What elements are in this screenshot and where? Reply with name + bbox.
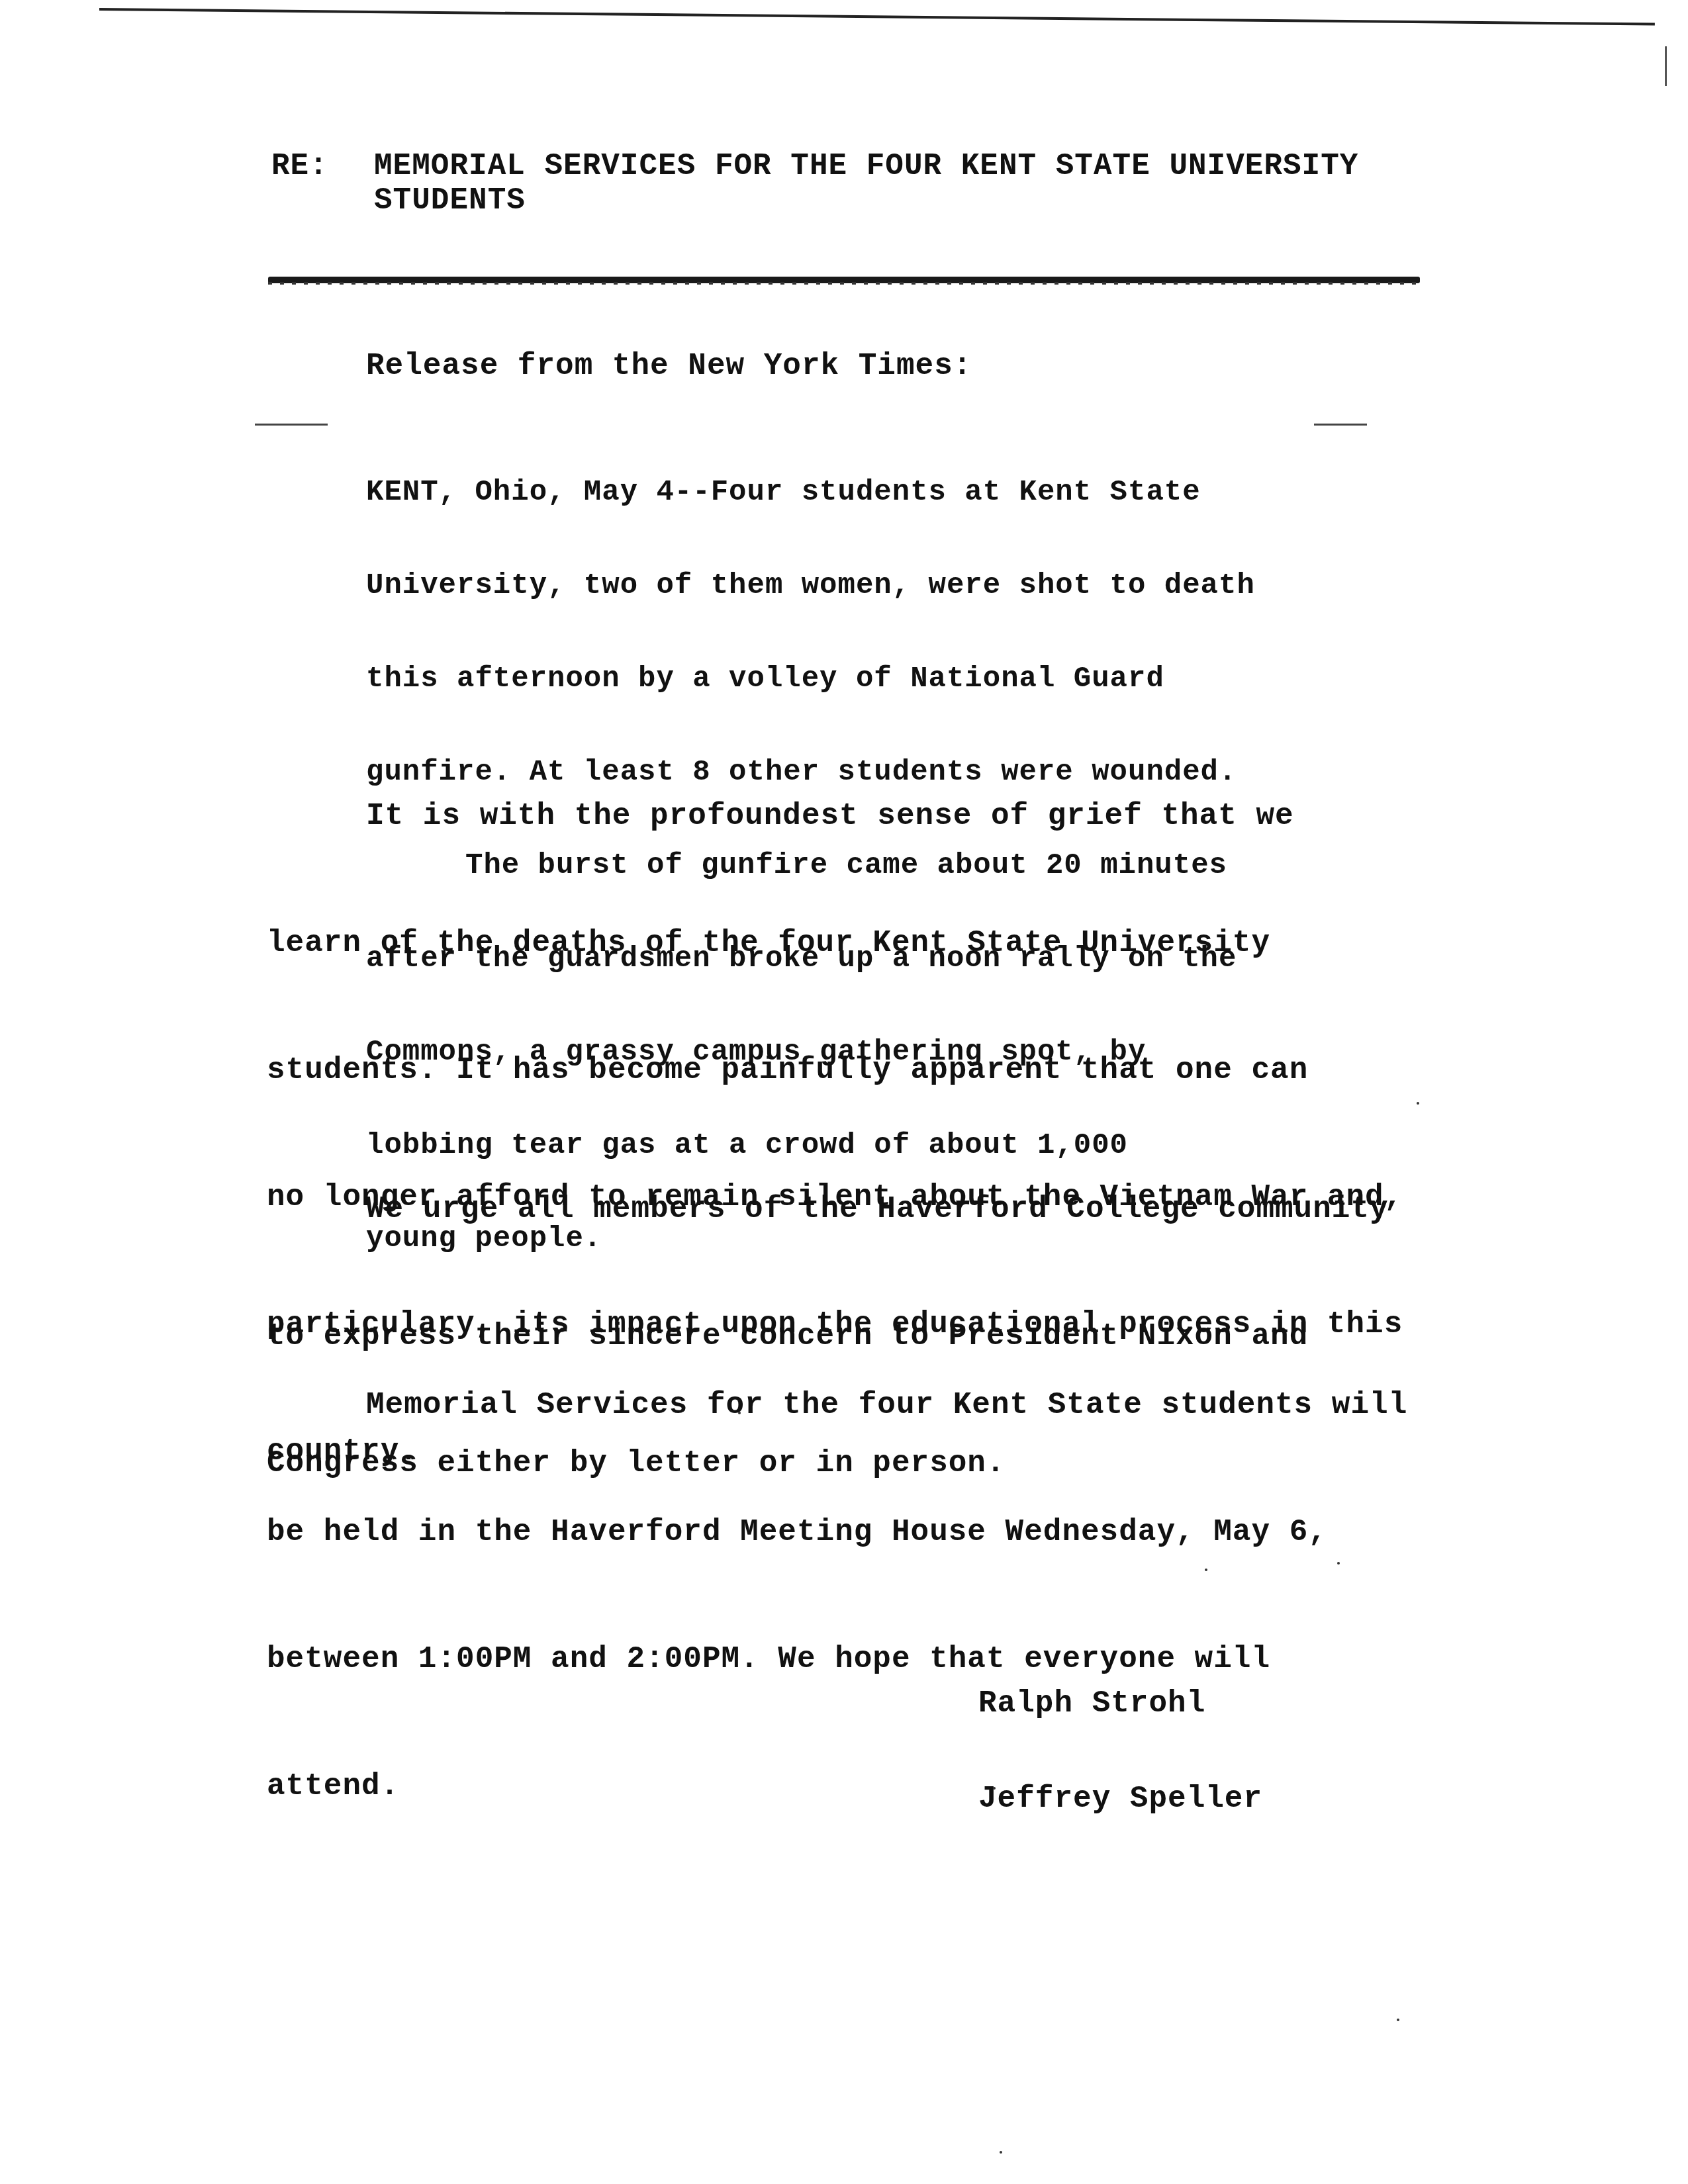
scan-speck (1205, 1569, 1207, 1571)
scan-speck (1337, 1562, 1340, 1565)
signer-name: Ralph Strohl (978, 1686, 1262, 1721)
paragraph-line: learn of the deaths of the four Kent Sta… (267, 928, 1403, 994)
quote-line: University, two of them women, were shot… (366, 570, 1255, 602)
quote-line: this afternoon by a volley of National G… (366, 663, 1255, 696)
subject-line-2: STUDENTS (374, 185, 526, 216)
paragraph-line: students. It has become painfully appare… (267, 1055, 1403, 1121)
signature-block: Ralph Strohl Jeffrey Speller (978, 1625, 1262, 1877)
paragraph-line: be held in the Haverford Meeting House W… (267, 1517, 1407, 1583)
quote-line: KENT, Ohio, May 4--Four students at Kent… (366, 477, 1255, 509)
paragraph-line: Memorial Services for the four Kent Stat… (267, 1390, 1407, 1456)
scan-edge-mark (1665, 46, 1667, 86)
document-page: RE: MEMORIAL SERVICES FOR THE FOUR KENT … (0, 0, 1688, 2184)
strikethrough-mark-left (255, 424, 328, 426)
scan-speck (738, 1412, 741, 1414)
paragraph-line: We urge all members of the Haverford Col… (267, 1194, 1389, 1260)
scan-speck (1397, 2019, 1399, 2021)
header-divider (268, 277, 1420, 283)
release-heading: Release from the New York Times: (366, 351, 972, 381)
re-label: RE: (271, 151, 328, 181)
paragraph-line: It is with the profoundest sense of grie… (267, 801, 1403, 867)
scan-speck (1000, 2151, 1002, 2154)
signer-name: Jeffrey Speller (978, 1782, 1262, 1816)
strikethrough-mark-right (1314, 424, 1367, 426)
scan-speck (993, 1787, 996, 1790)
subject-line-1: MEMORIAL SERVICES FOR THE FOUR KENT STAT… (374, 151, 1358, 181)
scan-speck (1417, 1102, 1419, 1105)
scan-edge-line (99, 8, 1655, 26)
